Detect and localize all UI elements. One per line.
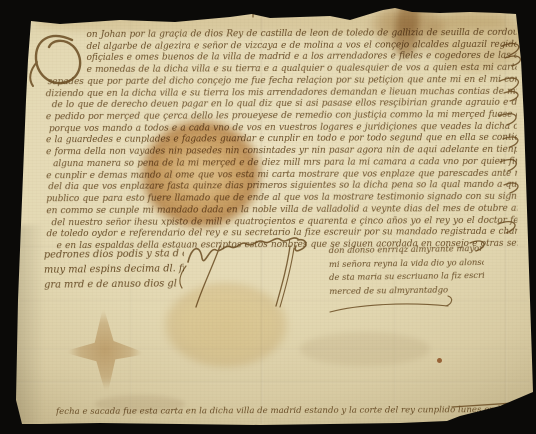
photo-background: on Johan por la graçia de dios Rey de ca… — [0, 0, 536, 434]
note-underline-flourish — [330, 296, 452, 312]
bottom-docket-line: fecha e sacada fue esta carta en la dich… — [56, 405, 508, 421]
secretarial-note-line: merced de su almyrantadgo — [329, 283, 484, 299]
invocation-cross-icon — [249, 7, 258, 17]
secretarial-note-line: de sta maria su escriuano la fiz escriui… — [329, 269, 484, 285]
secretarial-note-right: don alonso enrriqz almyrante mayor de ca… — [329, 242, 485, 299]
clerk-note-left: pedrones dios podis y sta d ona muy mal … — [44, 246, 184, 292]
left-edge-shading — [14, 225, 44, 425]
clerk-note-line: pedrones dios podis y sta d ona — [44, 246, 184, 262]
clerk-note-line: gra mrd e de anuso dios gl — [44, 276, 184, 292]
ink-showthrough — [300, 332, 430, 366]
clerk-note-line: muy mal espins decima dl. fir — [44, 261, 184, 277]
fold-crease-horizontal — [18, 300, 528, 302]
diamond-water-stain — [62, 306, 148, 398]
ink-spot — [437, 358, 442, 363]
fold-crease-horizontal — [16, 381, 530, 383]
fold-crease-horizontal — [16, 348, 528, 350]
manuscript-paper: on Johan por la graçia de dios Rey de ca… — [0, 0, 536, 434]
main-text-block: on Johan por la graçia de dios Rey de ca… — [45, 28, 517, 255]
